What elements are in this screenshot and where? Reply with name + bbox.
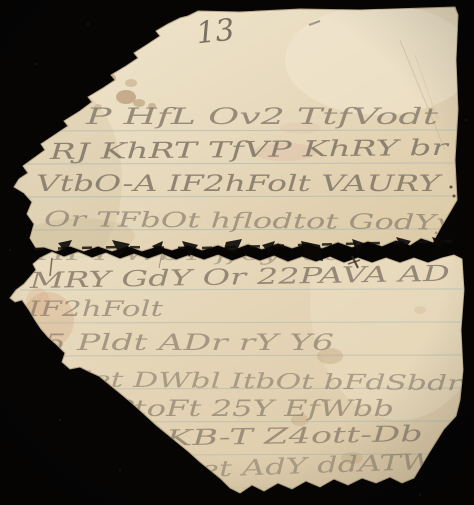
handwriting-line-10: PtoFt 25Y EfWbb [111, 397, 394, 422]
handwriting-line-8: 5 Pldt ADr rY Y6 [44, 331, 334, 356]
manuscript-photo: 13 P HfL Ov2 TtfVodt RJ KhRT TfVP KhRY b… [0, 0, 474, 505]
handwriting-line-3: VtbO-A IF2hFolt VAURY [36, 172, 444, 197]
handwriting-line-1: P HfL Ov2 TtfVodt [84, 105, 438, 130]
handwriting-line-4: Or TFbOt hflodtot GodYy [44, 207, 456, 235]
manuscript-photo-canvas: 13 P HfL Ov2 TtfVodt RJ KhRT TfVP KhRY b… [0, 0, 474, 505]
handwriting-line-2: RJ KhRT TfVP KhRY br [48, 136, 450, 165]
page-number: 13 [195, 13, 237, 52]
handwriting-line-7: IF2hFolt [27, 297, 164, 321]
